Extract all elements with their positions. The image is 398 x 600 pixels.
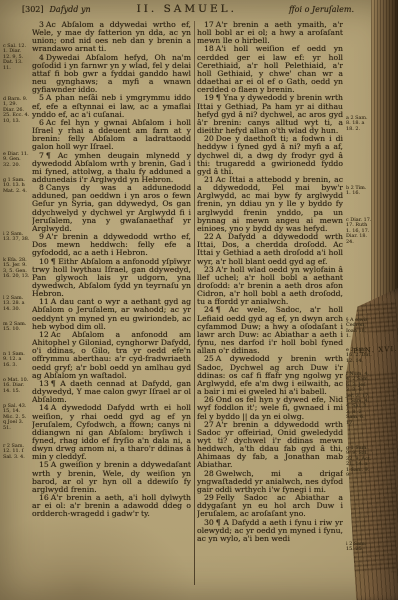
margin-note: f Num. 4. 4. 2 Sam. 6. 3. Joſ. 3. 3, 6. … [346, 372, 372, 426]
verse-text: A'r brenin a aeth ymaith, a'r holl bobl … [197, 21, 343, 45]
verse: 20Doe y daethoſt ti; a fodwn i di heddyw… [197, 135, 343, 176]
margin-note: r 2 Sam. 12. 11. ſ Sal. 3. 4. [3, 444, 30, 460]
verse: 6Ac fel hyn y gwnai Abſalom i holl Iſrae… [32, 119, 191, 152]
verse-text: Felly Sadoc ac Abiathar a ddygaſant yn e… [197, 493, 343, 518]
margin-note: i 2 Sam. 13. 37, 38. [3, 232, 30, 243]
verse: 25A dywedodd y brenin wrth Sadoc, Dychwe… [197, 355, 343, 396]
margin-note: § A elwir Cedron, Ioan 18. 1. [346, 318, 372, 340]
verse-text: A phan neſâi neb i ymgrymmu iddo ef, efe… [32, 93, 191, 118]
margin-note: e Diar. 11. 9. Gen. 32. 20. [3, 152, 30, 168]
margin-note: o Mat. 10. 16. Diar. 14. 15. [3, 378, 30, 394]
verse: 9A'r brenin a ddywedodd wrtho ef, Dos me… [32, 233, 191, 257]
verse-text: A Dafydd a ddywedodd wrth Ittai, Dos, a … [197, 232, 343, 265]
page-title: II. SAMUEL. [91, 3, 283, 15]
page-header: [302] Dafydd yn II. SAMUEL. ffoi o Jeruſ… [2, 3, 370, 19]
verse: 8Canys dy was a addunedodd adduned, pan … [32, 184, 191, 233]
verse-text: A dywedodd Dafydd wrth ei holl weiſion, … [32, 403, 191, 461]
margin-note: n 1 Sam. 9. 12. a 16. 3. [3, 352, 30, 368]
verse: 29Felly Sadoc ac Abiathar a ddygaſant yn… [197, 494, 343, 518]
verse-text: Canys dy was a addunedodd adduned, pan o… [32, 183, 191, 233]
verse-text: Ac Ittai a attebodd y brenin, ac a ddywe… [197, 175, 343, 233]
page-number: [302] [22, 5, 44, 14]
verse: 27A'r brenin a ddywedodd wrth Sadoc yr o… [197, 421, 343, 470]
verse: 13¶ A daeth cennad at Dafydd, gan ddywed… [32, 380, 191, 404]
verse: 19¶ Yna y dywedodd y brenin wrth Ittai y… [197, 94, 343, 135]
verse-text: Ond os fel hyn y dywed efe, Nid wyf fodd… [197, 395, 343, 420]
verse-text: A'r brenin a ddywedodd wrtho ef, Dos mew… [32, 232, 191, 257]
margin-note: l 2 Sam. 13. 28. a 14. 30. [3, 296, 30, 312]
verse-text: A'r holl wlad oedd yn wylofain â llef uc… [197, 265, 343, 307]
verse: 11A dau cant o wyr a aethant gyd ag Abſa… [32, 298, 191, 331]
verse: 16A'r brenin a aeth, a'i holl dylwyth ar… [32, 494, 191, 518]
left-margin-references: c Sal. 12. 1. Diar. 12. 9, 5. Dat. 13. 1… [2, 21, 32, 599]
verse-text: ¶ A daeth cennad at Dafydd, gan ddywedyd… [32, 379, 191, 404]
verse: 14A dywedodd Dafydd wrth ei holl weiſion… [32, 404, 191, 461]
verse: 28Gwelwch, mi a drigaf yngwaſtadedd yr a… [197, 470, 343, 494]
verse: 18A'i holl weiſion ef oedd yn cerdded ge… [197, 45, 343, 94]
margin-note: e 2 Sam. 16. 2. Dat. 12. 14. [346, 348, 372, 364]
verse-text: Ac fel hyn y gwnai Abſalom i holl Iſrael… [32, 118, 191, 151]
verse-text: A gweiſion y brenin a ddywedaſant wrth y… [32, 460, 191, 493]
verse: 17A'r brenin a aeth ymaith, a'r holl bob… [197, 21, 343, 45]
verse: 7¶ Ac ymhen deugain mlynedd y dywedodd A… [32, 152, 191, 185]
verse-text: A'i holl weiſion ef oedd yn cerdded ger … [197, 44, 343, 94]
verse-text: ¶ A Dafydd a aeth i fynu i riw yr olewyd… [197, 518, 343, 543]
verse: 24¶ Ac wele, Sadoc, a'r holl Lefiaid oed… [197, 306, 343, 355]
margin-note: g 1 Sam. 10. 13. h Mat. 2. 4. [3, 178, 30, 194]
margin-note: i 2 Sam. 15. 25. [346, 542, 372, 553]
verse-text: A dau cant o wyr a aethant gyd ag Abſalo… [32, 297, 191, 330]
verse-text: Dywedai Abſalom hefyd, Oh na'm goſodid i… [32, 53, 191, 95]
running-head-left: Dafydd yn [50, 5, 91, 14]
verse-text: Ac Abſalom a anfonodd am Ahitophel y Gil… [32, 330, 191, 380]
margin-note: m 2 Sam. 15. 10. [3, 322, 30, 333]
verse: 30¶ A Dafydd a aeth i fynu i riw yr olew… [197, 519, 343, 543]
verse: 15A gweiſion y brenin a ddywedaſant wrth… [32, 461, 191, 494]
margin-note: a 2 Sam. 8. 18. a 18. 2. [346, 116, 372, 132]
verse-text: Ac Abſalom a ddywedai wrtho ef, Wele, y … [32, 21, 191, 53]
page-body: c Sal. 12. 1. Diar. 12. 9, 5. Dat. 13. 1… [2, 21, 372, 599]
verse-text: A'r brenin a ddywedodd wrth Sadoc yr off… [197, 420, 343, 470]
verse-text: ¶ Ac wele, Sadoc, a'r holl Lefiaid oedd … [197, 305, 343, 355]
verse: 21Ac Ittai a attebodd y brenin, ac a ddy… [197, 176, 343, 233]
margin-note: g 1 Sam. 9. 9. Sal. 32. 9. Act. 21. 14. … [346, 446, 372, 478]
verse: 3Ac Abſalom a ddywedai wrtho ef, Wele, y… [32, 21, 191, 54]
verse-text: Gwelwch, mi a drigaf yngwaſtadedd yr ani… [197, 469, 343, 494]
running-head-right: ffoi o Jeruſalem. [289, 5, 354, 14]
right-text-column: 17A'r brenin a aeth ymaith, a'r holl bob… [197, 21, 343, 599]
margin-note: k Eſa. 28. 15. Jer. 9. 3, 5. Gen. 16. 20… [3, 258, 30, 280]
verse: 4Dywedai Abſalom hefyd, Oh na'm goſodid … [32, 54, 191, 95]
column-divider-rule [194, 21, 195, 585]
verse: 10¶ Eithr Abſalom a anfonodd yſpïwyr trw… [32, 258, 191, 299]
verse: 23A'r holl wlad oedd yn wylofain â llef … [197, 266, 343, 307]
verse-text: A dywedodd y brenin wrth Sadoc, Dychwel … [197, 354, 343, 396]
verse-text: Doe y daethoſt ti; a fodwn i di heddyw i… [197, 134, 343, 176]
margin-note: c Diar. 17. 17. Ruth 1. 16, 17. Diar. 18… [346, 218, 372, 245]
verse-text: ¶ Eithr Abſalom a anfonodd yſpïwyr trwy … [32, 257, 191, 299]
margin-note: d Barn. 9. 1, 29. Diar. 26. 25. Ecc. 4. … [3, 97, 30, 124]
verse: 5A phan neſâi neb i ymgrymmu iddo ef, ef… [32, 94, 191, 118]
book-page-photo: [302] Dafydd yn II. SAMUEL. ffoi o Jeruſ… [0, 0, 398, 600]
verse: 22A Dafydd a ddywedodd wrth Ittai, Dos, … [197, 233, 343, 266]
verse: 26Ond os fel hyn y dywed efe, Nid wyf fo… [197, 396, 343, 420]
margin-note: p Sal. 43. 15, 14. Mic. 2. 5. q Joel 3. … [3, 404, 30, 431]
verse-text: ¶ Ac ymhen deugain mlynedd y dywedodd Ab… [32, 151, 191, 184]
margin-note: b 2 Tim. 1. 16. [346, 186, 372, 197]
left-text-column: 3Ac Abſalom a ddywedai wrtho ef, Wele, y… [32, 21, 191, 599]
margin-note: c Sal. 12. 1. Diar. 12. 9, 5. Dat. 13. 1… [3, 44, 30, 71]
verse-text: A'r brenin a aeth, a'i holl dylwyth ar e… [32, 493, 191, 518]
verse: 12Ac Abſalom a anfonodd am Ahitophel y G… [32, 331, 191, 380]
verse-text: ¶ Yna y dywedodd y brenin wrth Ittai y G… [197, 93, 343, 135]
